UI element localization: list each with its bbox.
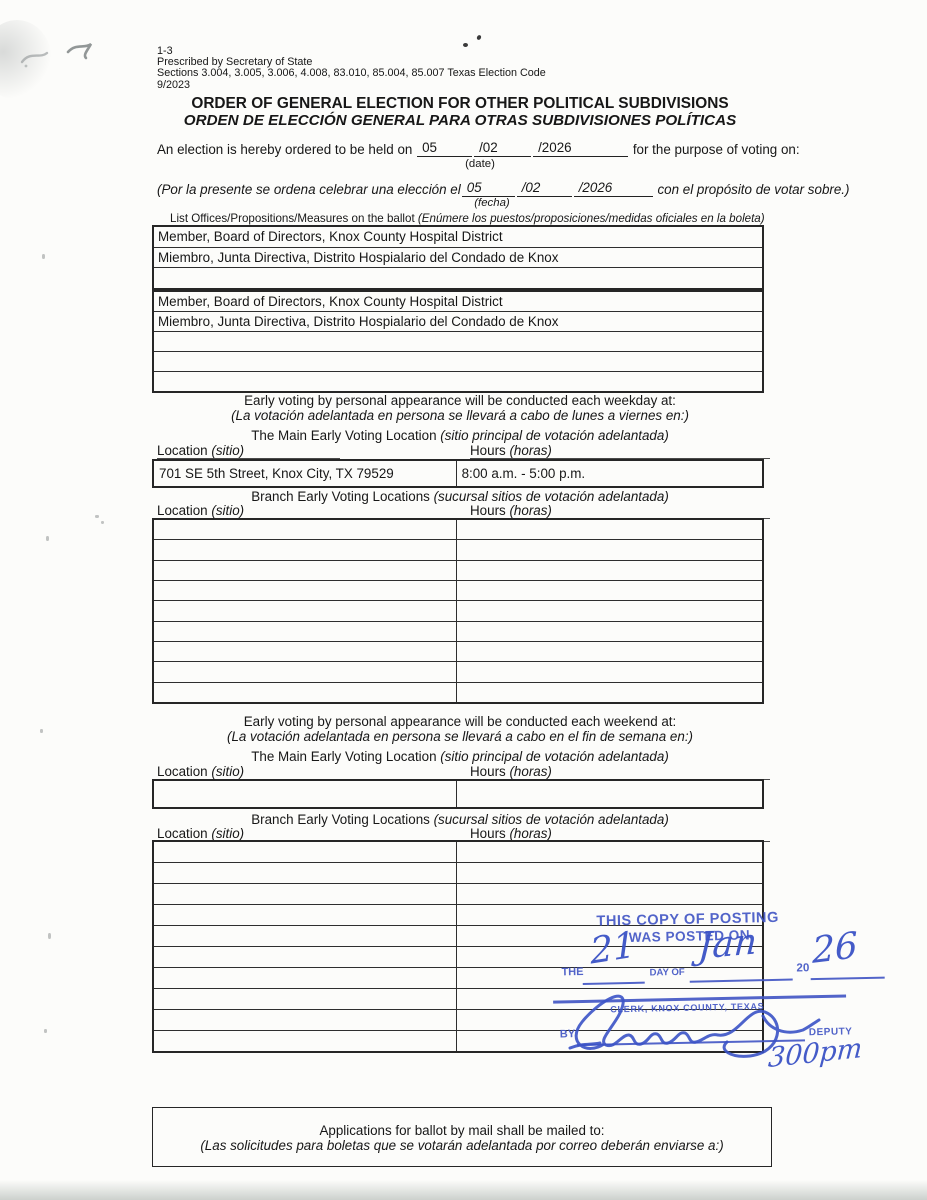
ink-speck (476, 34, 482, 40)
location-cell (154, 683, 456, 702)
table-row (154, 351, 762, 371)
location-cell (154, 884, 456, 904)
location-cell (154, 601, 456, 620)
weekday-branch-title-es: (sucursal sitios de votación adelantada) (434, 489, 669, 504)
weekday-heading-es: (La votación adelantada en persona se ll… (152, 408, 768, 423)
location-label: Location (sitio) (157, 443, 340, 459)
weekday-main-title-es: (sitio principal de votación adelantada) (440, 428, 669, 443)
table-row: Member, Board of Directors, Knox County … (154, 227, 762, 247)
weekend-branch-title: Branch Early Voting Locations (sucursal … (152, 812, 768, 827)
mail-line-es: (Las solicitudes para boletas que se vot… (153, 1138, 771, 1153)
weekend-main-location-table (152, 779, 764, 809)
table-row: Miembro, Junta Directiva, Distrito Hospi… (154, 247, 762, 268)
table-row (154, 520, 762, 539)
order-suffix-es: con el propósito de votar sobre.) (657, 182, 849, 197)
scan-speck (95, 515, 99, 518)
hours-cell (456, 540, 762, 559)
table-row (154, 661, 762, 681)
location-cell (154, 968, 456, 988)
table-row: Member, Board of Directors, Knox County … (154, 292, 762, 311)
mail-applications-box: Applications for ballot by mail shall be… (152, 1107, 772, 1167)
mail-line-en: Applications for ballot by mail shall be… (153, 1123, 771, 1138)
weekend-main-title: The Main Early Voting Location (sitio pr… (152, 749, 768, 764)
ballot-offices-table-top: Member, Board of Directors, Knox County … (152, 225, 764, 290)
table-row (154, 682, 762, 702)
weekend-heading-es: (La votación adelantada en persona se ll… (152, 729, 768, 744)
location-cell (154, 520, 456, 539)
order-suffix-en: for the purpose of voting on: (633, 142, 800, 157)
weekend-branch-title-es: (sucursal sitios de votación adelantada) (434, 812, 669, 827)
ballot-offices-table-bottom: Member, Board of Directors, Knox County … (152, 290, 764, 393)
table-row (154, 331, 762, 351)
ballot-row-text: Member, Board of Directors, Knox County … (154, 229, 503, 244)
signature-handwriting (552, 972, 892, 1082)
hours-label: Hours (horas) (470, 503, 770, 519)
location-cell (154, 926, 456, 946)
revision-date: 9/2023 (157, 80, 546, 91)
weekend-main-title-en: The Main Early Voting Location (251, 749, 436, 764)
location-cell (154, 905, 456, 925)
location-cell (154, 842, 456, 862)
hours-cell (456, 642, 762, 661)
column-labels-row: Location (sitio) Hours (horas) (157, 764, 797, 780)
hours-cell (456, 842, 762, 862)
fecha-caption: (fecha) (437, 198, 547, 209)
table-row: Miembro, Junta Directiva, Distrito Hospi… (154, 311, 762, 331)
ballot-heading: List Offices/Propositions/Measures on th… (170, 212, 765, 225)
scan-speck (46, 536, 49, 541)
hours-cell (456, 601, 762, 620)
location-cell (154, 561, 456, 580)
hours-label: Hours (horas) (470, 443, 770, 459)
table-row (154, 600, 762, 620)
order-prefix-en: An election is hereby ordered to be held… (157, 142, 412, 157)
weekday-branch-title: Branch Early Voting Locations (sucursal … (152, 489, 768, 504)
hours-label: Hours (horas) (470, 764, 770, 780)
hours-cell (456, 884, 762, 904)
location-cell (154, 947, 456, 967)
election-date-month: 05 (417, 140, 472, 157)
location-cell (154, 863, 456, 883)
scan-speck (40, 729, 43, 733)
hours-cell (456, 781, 762, 807)
scan-speck (42, 254, 45, 259)
table-row (154, 862, 762, 883)
election-date-day-es: /02 (517, 180, 572, 197)
scan-speck (44, 1029, 47, 1033)
location-cell (154, 622, 456, 641)
election-date-day: /02 (474, 140, 531, 157)
hours-cell (456, 520, 762, 539)
location-cell (154, 642, 456, 661)
column-labels-row: Location (sitio) Hours (horas) (157, 443, 797, 459)
election-date-month-es: 05 (462, 180, 515, 197)
scanner-edge-band (0, 1180, 927, 1200)
weekday-main-location-table: 701 SE 5th Street, Knox City, TX 79529 8… (152, 459, 764, 488)
table-row (154, 580, 762, 600)
location-cell: 701 SE 5th Street, Knox City, TX 79529 (154, 461, 456, 486)
table-row (154, 267, 762, 288)
order-line-es: (Por la presente se ordena celebrar una … (157, 180, 849, 197)
pen-scribble-mark (14, 38, 110, 78)
date-caption: (date) (425, 159, 535, 170)
code-sections-line: Sections 3.004, 3.005, 3.006, 4.008, 83.… (157, 68, 546, 79)
weekend-branch-title-en: Branch Early Voting Locations (251, 812, 430, 827)
handwritten-year: 26 (812, 925, 858, 972)
hours-cell (456, 662, 762, 681)
column-labels-row: Location (sitio) Hours (horas) (157, 503, 797, 519)
page-title-en: ORDER OF GENERAL ELECTION FOR OTHER POLI… (152, 95, 768, 113)
hours-cell (456, 561, 762, 580)
weekday-heading-en: Early voting by personal appearance will… (152, 393, 768, 408)
location-cell (154, 581, 456, 600)
weekday-branch-title-en: Branch Early Voting Locations (251, 489, 430, 504)
ballot-row-text: Miembro, Junta Directiva, Distrito Hospi… (154, 314, 558, 329)
weekday-main-title: The Main Early Voting Location (sitio pr… (152, 428, 768, 443)
hours-cell (456, 581, 762, 600)
table-row (154, 539, 762, 559)
location-cell (154, 1010, 456, 1030)
scanned-election-order-document: 1-3 Prescribed by Secretary of State Sec… (0, 0, 927, 1200)
handwritten-month: Jan (697, 921, 758, 967)
ballot-row-text: Member, Board of Directors, Knox County … (154, 294, 503, 309)
order-prefix-es: (Por la presente se ordena celebrar una … (157, 182, 461, 197)
page-title-es: ORDEN DE ELECCIÓN GENERAL PARA OTRAS SUB… (152, 112, 768, 129)
ballot-row-text: Miembro, Junta Directiva, Distrito Hospi… (154, 250, 558, 265)
weekday-branch-locations-table (152, 518, 764, 704)
form-header-block: 1-3 Prescribed by Secretary of State Sec… (157, 46, 546, 91)
location-cell (154, 1031, 456, 1051)
order-line-en: An election is hereby ordered to be held… (157, 140, 800, 157)
location-cell (154, 662, 456, 681)
scan-speck (48, 933, 51, 939)
table-row (154, 842, 762, 862)
table-row (154, 371, 762, 391)
hours-cell (456, 622, 762, 641)
ballot-heading-en: List Offices/Propositions/Measures on th… (170, 212, 415, 225)
weekend-heading-en: Early voting by personal appearance will… (152, 714, 768, 729)
weekday-main-title-en: The Main Early Voting Location (251, 428, 436, 443)
hours-cell (456, 683, 762, 702)
table-row (154, 641, 762, 661)
table-row (154, 621, 762, 641)
ballot-heading-es: (Enúmere los puestos/proposiciones/medid… (418, 212, 765, 225)
location-label: Location (sitio) (157, 503, 340, 519)
table-row: 701 SE 5th Street, Knox City, TX 79529 8… (154, 461, 762, 486)
election-date-year: /2026 (533, 140, 628, 157)
weekend-main-title-es: (sitio principal de votación adelantada) (440, 749, 669, 764)
table-row (154, 781, 762, 807)
hours-cell (456, 863, 762, 883)
location-cell (154, 989, 456, 1009)
location-cell (154, 781, 456, 807)
table-row (154, 883, 762, 904)
handwritten-day: 21 (589, 924, 636, 972)
election-date-year-es: /2026 (574, 180, 653, 197)
location-cell (154, 540, 456, 559)
scan-speck (101, 521, 104, 524)
table-row (154, 560, 762, 580)
location-label: Location (sitio) (157, 764, 340, 780)
hours-cell: 8:00 a.m. - 5:00 p.m. (456, 461, 762, 486)
